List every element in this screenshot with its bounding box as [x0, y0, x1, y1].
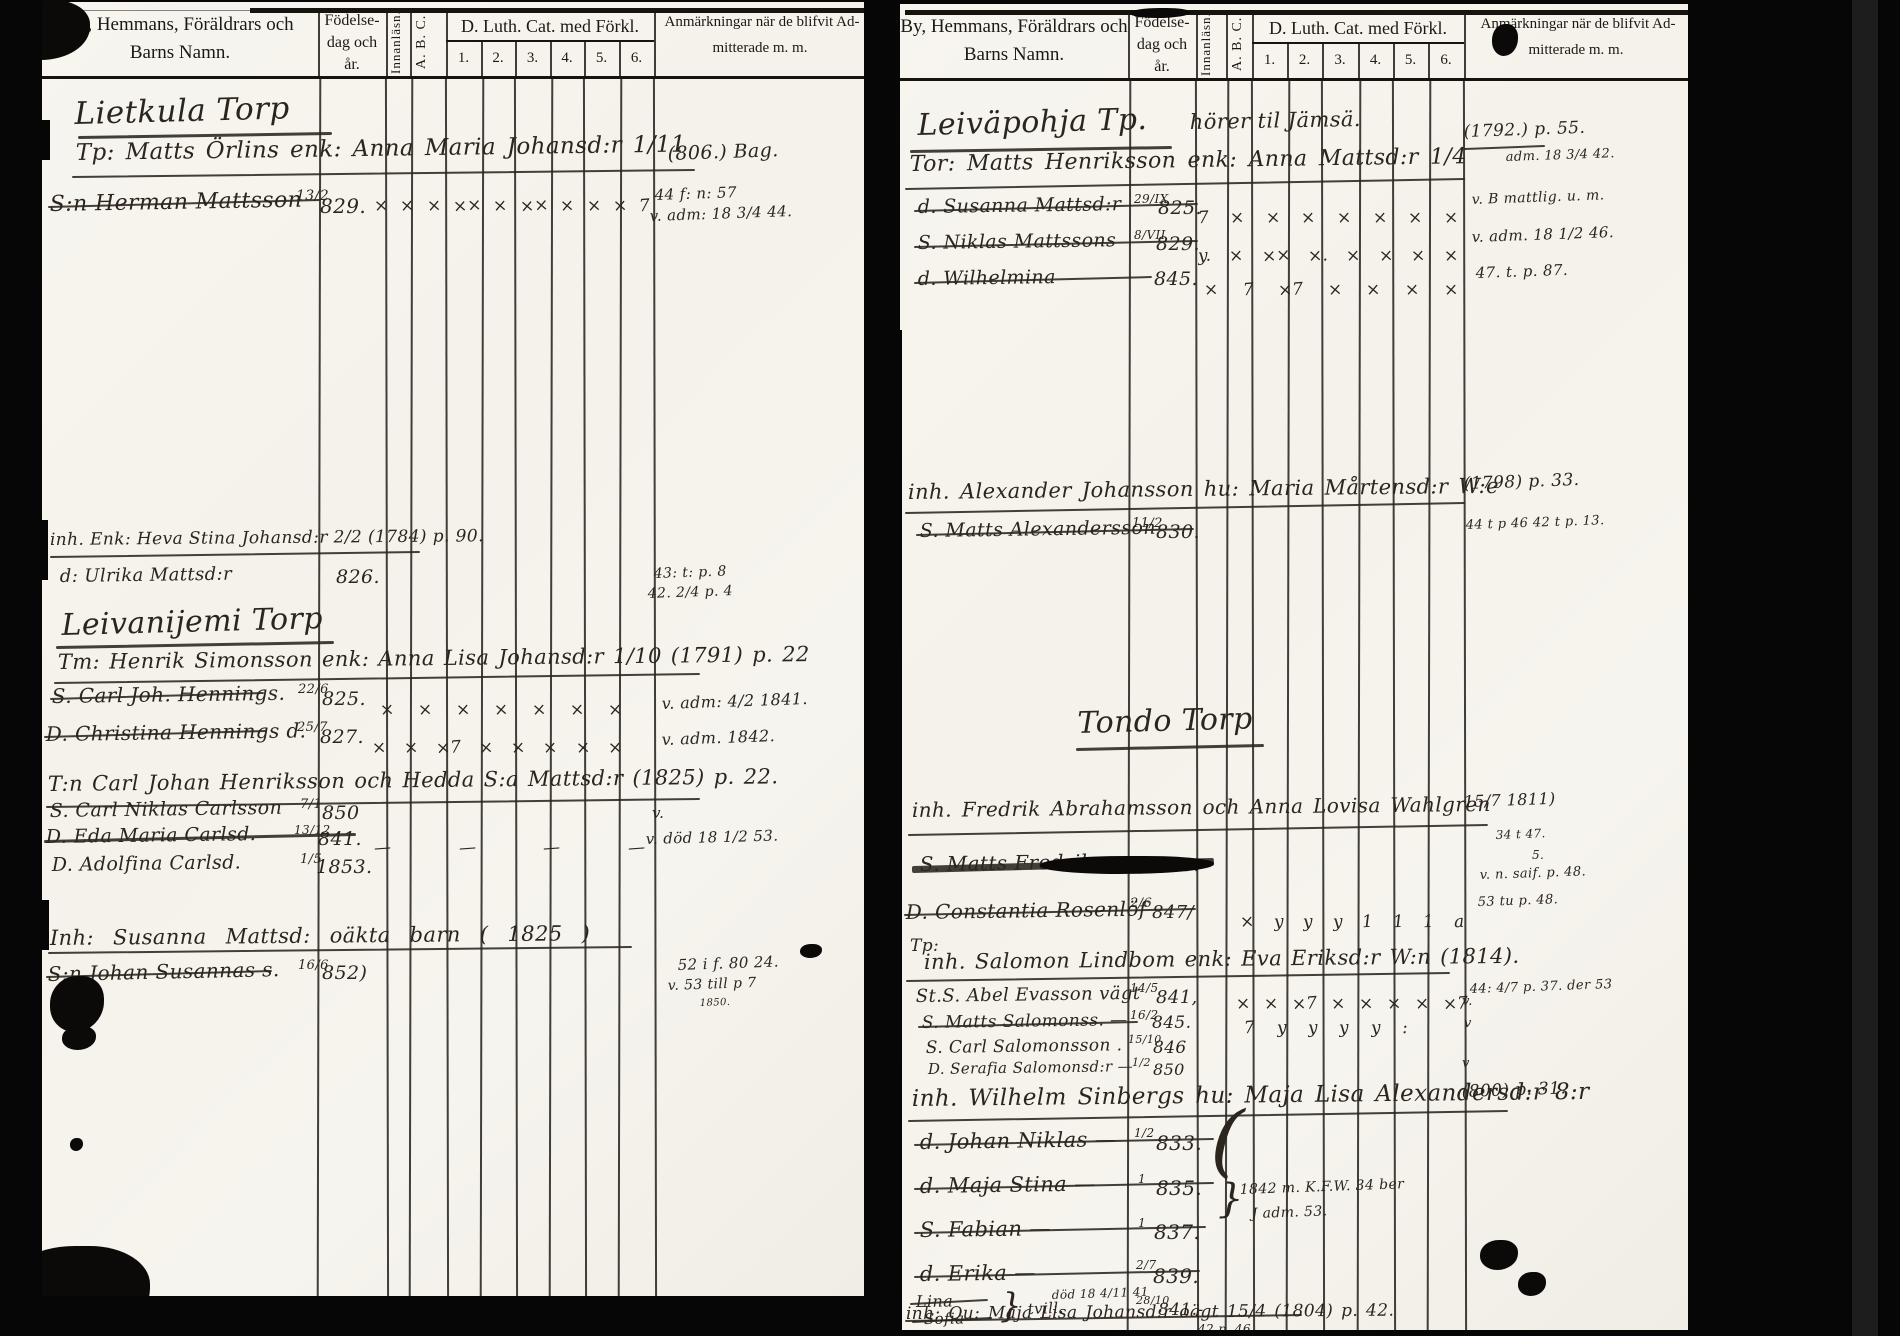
x-mark: : — [1402, 1018, 1409, 1038]
header-catechism-number: 2. — [1287, 52, 1322, 69]
x-mark: × — [1378, 246, 1394, 267]
x-mark: 1 — [1361, 912, 1373, 933]
birth-date: 1 — [1138, 1172, 1146, 1186]
header-column-rule — [410, 8, 412, 76]
x-mark: × — [607, 700, 623, 721]
remark: 44 f: n: 57 — [654, 183, 737, 204]
header-catechism-number: 3. — [515, 50, 550, 67]
x-mark: 7 — [638, 196, 650, 217]
section-heading: Tondo Torp — [1077, 701, 1253, 741]
x-mark: × — [403, 738, 419, 759]
x-mark: × — [1327, 280, 1343, 301]
x-mark: × — [1239, 912, 1255, 933]
x-mark: × — [543, 738, 559, 759]
x-mark: — — [543, 837, 561, 858]
x-mark: ×7 — [1291, 993, 1317, 1015]
child-row: d. Erika — — [920, 1260, 1036, 1286]
x-mark: × — [1410, 246, 1426, 267]
header-birth-line2: dag och — [1128, 36, 1196, 54]
birth-year: 825. — [322, 688, 366, 710]
x-mark: × — [1235, 994, 1251, 1015]
x-mark: × — [1203, 280, 1219, 301]
birth-year: 845. — [1152, 1013, 1191, 1033]
birth-date: 14/5 — [1130, 981, 1159, 995]
lodger-row: inh. Enk: Heva Stina Johansd:r 2/2 (1784… — [50, 526, 484, 550]
birth-date: 1/2 — [1132, 1056, 1151, 1069]
birth-year: 825. — [1158, 197, 1202, 219]
remark: 43: t: p. 8 — [653, 563, 726, 582]
film-border-bottom-right — [900, 1330, 1688, 1336]
x-mark: ×× — [519, 195, 549, 217]
section-heading: Leiväpohja Tp. — [917, 102, 1148, 143]
birth-date: 2/6 — [1130, 896, 1152, 911]
x-mark: y — [1307, 1018, 1318, 1039]
x-mark: × — [1443, 208, 1459, 229]
birth-year: 826. — [336, 566, 380, 588]
page-top-border — [905, 10, 1688, 15]
header-catechism-number: 4. — [550, 50, 584, 67]
header-catechism-number: 5. — [584, 50, 619, 67]
remark: v. 53 till p 7 — [667, 975, 756, 994]
header-abc-label: A. B. C. — [414, 10, 442, 74]
x-mark: ×7 — [1277, 279, 1303, 301]
remark: 1850. — [700, 997, 731, 1009]
child-row: S. Matts Alexandersson — [920, 517, 1156, 542]
x-mark: 1 — [1392, 912, 1404, 933]
mark: v — [1464, 1016, 1472, 1031]
child-row: S:n Herman Mattsson — [50, 188, 303, 217]
brace: ( — [1208, 1092, 1246, 1187]
x-mark: × — [531, 700, 547, 721]
x-mark: 7 — [1243, 1018, 1255, 1039]
x-mark: y — [1339, 1018, 1350, 1039]
header-bottom-rule — [42, 76, 866, 79]
x-mark: × — [560, 196, 576, 217]
film-border-left-notch — [42, 120, 50, 160]
x-mark: ×. — [1308, 245, 1329, 266]
x-mark: × — [1372, 208, 1388, 229]
x-mark: × — [1443, 280, 1459, 301]
birth-year: 845. — [1154, 268, 1198, 290]
header-abc-label: A. B. C. — [1230, 12, 1248, 76]
child-row: S. Niklas Mattssons — [918, 229, 1117, 254]
x-mark: × — [379, 700, 395, 721]
film-border-left-notch — [42, 900, 49, 950]
x-mark-row: ×××7×××××7 — [1236, 994, 1468, 1014]
child-row: D. Adolfina Carlsd. — [52, 851, 242, 876]
birth-year: 847/ — [1152, 902, 1194, 923]
remark: (1792.) p. 55. — [1463, 118, 1585, 142]
x-mark: × — [1407, 208, 1423, 229]
header-catechism-label: D. Luth. Cat. med Förkl. — [1252, 18, 1464, 39]
x-mark: — — [458, 837, 476, 858]
x-mark: — — [373, 837, 391, 858]
remark: J adm. 53. — [1251, 1203, 1327, 1222]
x-mark: y. — [1197, 246, 1211, 267]
x-mark-row: y.××××.×××× — [1198, 246, 1458, 266]
x-mark: a — [1453, 912, 1465, 933]
header-birth-line3: år. — [318, 56, 386, 74]
child-row: d. Wilhelmina — [918, 266, 1056, 290]
remark: (1798) p. 33. — [1463, 470, 1579, 494]
film-border-bottom-left — [0, 1296, 872, 1336]
birth-year: 830. — [1156, 521, 1200, 543]
x-mark: × — [479, 738, 495, 759]
remark: 15/7 1811) — [1463, 789, 1556, 811]
x-mark: × — [1263, 994, 1279, 1015]
birth-year: 846 — [1153, 1038, 1187, 1058]
x-mark-row: 7yyyy: — [1244, 1018, 1408, 1038]
birth-date: 1/2 — [1134, 1126, 1155, 1140]
remark: 5. — [1532, 848, 1544, 862]
x-mark: ×7 — [1442, 993, 1468, 1015]
x-mark: 7 — [1197, 208, 1209, 229]
header-catechism-number: 1. — [446, 50, 481, 67]
child-row: St.S. Abel Evasson vägt — [916, 983, 1141, 1007]
birth-year: 827. — [320, 726, 364, 748]
x-mark: × — [1228, 246, 1244, 267]
section-heading: Leivanijemi Torp — [61, 601, 323, 643]
x-mark-row: ———— — [374, 838, 645, 858]
x-mark: y — [1303, 912, 1314, 933]
x-mark-row: 7××××××× — [1198, 208, 1458, 228]
x-mark: y — [1370, 1018, 1381, 1039]
x-mark-row: ×7×7×××× — [1204, 280, 1458, 300]
remark: v. adm. 1842. — [661, 726, 775, 749]
x-mark: × — [1301, 208, 1317, 229]
x-mark-row: ×yyy111a — [1240, 912, 1464, 932]
header-remarks-line2: mitterade m. m. — [654, 40, 866, 57]
birth-year: 850 — [1153, 1060, 1185, 1079]
x-mark: × — [586, 196, 602, 217]
x-mark: — — [627, 837, 645, 858]
birth-year: 837. — [1154, 1220, 1200, 1244]
child-row: d. Maja Stina — — [920, 1172, 1096, 1198]
x-mark: × — [371, 738, 387, 759]
x-mark: × — [511, 738, 527, 759]
child-row: S. Matts Salomonss. — — [922, 1010, 1128, 1033]
mark: v — [1462, 1056, 1470, 1071]
birth-year: 835. — [1156, 1176, 1202, 1200]
remark: 52 i f. 80 24. — [677, 952, 779, 974]
x-mark: × — [1414, 994, 1430, 1015]
page-gutter — [864, 0, 894, 1336]
child-row: S. Carl Joh. Hennings. — [52, 681, 286, 708]
x-mark: × — [455, 700, 471, 721]
birth-year: 1853. — [316, 856, 372, 878]
child-row: D. Christina Hennings d. — [46, 718, 307, 746]
header-remarks-line1: Anmärkningar när de blifvit Ad- — [656, 14, 868, 31]
marginal-note: hörer til Jämsä. — [1190, 107, 1362, 134]
child-row: S. Carl Niklas Carlsson — [50, 797, 283, 822]
x-mark: × — [1358, 994, 1374, 1015]
x-mark: × — [493, 700, 509, 721]
birth-date: 7/1 — [300, 797, 322, 812]
header-catechism-number: 6. — [619, 50, 654, 67]
x-mark: × — [1330, 994, 1346, 1015]
header-name-line2: Barns Namn. — [900, 44, 1128, 66]
x-mark: × — [1336, 208, 1352, 229]
x-mark: × — [426, 196, 442, 217]
remark: 42. 2/4 p. 4 — [647, 583, 733, 602]
film-border-left — [0, 0, 42, 1336]
remark: v. — [652, 804, 664, 822]
scanned-register-spread: By, Hemmans, Föräldrars ochBarns Namn.Fö… — [0, 0, 1900, 1336]
child-row: D. Serafia Salomonsd:r — — [928, 1057, 1133, 1078]
remark: (806.) Bag. — [667, 139, 779, 165]
child-row: S. Fabian — — [920, 1216, 1051, 1242]
header-catechism-number: 4. — [1358, 52, 1393, 69]
lodger-row: Inh: Susanna Mattsd: oäkta barn ( 1825 ) — [50, 921, 591, 950]
x-mark: y — [1276, 1018, 1287, 1039]
birth-year: 833. — [1156, 1131, 1202, 1155]
x-mark: ×× — [452, 195, 482, 217]
section-heading: Lietkula Torp — [74, 90, 290, 132]
child-row: d: Ulrika Mattsd:r — [60, 564, 232, 587]
birth-year: 829. — [320, 194, 366, 218]
x-mark-row: ×××××××××××7 — [374, 196, 650, 216]
x-mark: × — [1229, 208, 1245, 229]
birth-year: 841. — [318, 828, 362, 850]
x-mark-row: ×××7××××× — [372, 738, 622, 758]
child-row: D. Constantia Rosenlöf — [906, 897, 1147, 924]
lodger-row: inh: Qu: Maja Lisa Johansd:r oägt 15/4 (… — [906, 1301, 1394, 1324]
x-mark: ×× — [1261, 245, 1291, 267]
header-reading-label: Innanläsn. — [388, 10, 408, 74]
remark: 34 t 47. — [1496, 826, 1546, 842]
x-mark: × — [493, 196, 509, 217]
child-row: S. Carl Salomonsson . — [926, 1035, 1123, 1058]
x-mark: × — [417, 700, 433, 721]
x-mark: y — [1332, 912, 1343, 933]
header-birth-line1: Födelse- — [318, 12, 386, 30]
remark: v. död 18 1/2 53. — [646, 827, 779, 848]
birth-year: 839. — [1153, 1264, 1199, 1288]
child-row: D. Eda Maria Carlsd. — [46, 823, 257, 848]
film-border-left-notch — [42, 520, 48, 580]
birth-year: 841, — [1156, 987, 1198, 1008]
header-catechism-number: 1. — [1252, 52, 1287, 69]
header-catechism-number: 3. — [1322, 52, 1358, 69]
page-gutter-edge-line — [896, 330, 902, 1336]
x-mark: ×7 — [436, 737, 462, 759]
x-mark: × — [1443, 246, 1459, 267]
x-mark: × — [373, 196, 389, 217]
x-mark: × — [575, 738, 591, 759]
x-mark: × — [1366, 280, 1382, 301]
x-mark: × — [400, 196, 416, 217]
header-catechism-label: D. Luth. Cat. med Förkl. — [446, 16, 654, 37]
header-catechism-number: 5. — [1393, 52, 1428, 69]
x-mark-row: ××××××× — [380, 700, 622, 720]
child-row: d. Susanna Mattsd:r — [918, 193, 1122, 218]
header-catechism-number: 2. — [481, 50, 515, 67]
birth-year: 852) — [322, 962, 367, 984]
film-border-right-strip — [1852, 0, 1878, 1336]
header-catechism-number: 6. — [1428, 52, 1464, 69]
x-mark: × — [1345, 246, 1361, 267]
header-bottom-rule — [900, 78, 1688, 81]
x-mark: y — [1273, 912, 1284, 933]
header-birth-line2: dag och — [318, 34, 386, 52]
x-mark: × — [1265, 208, 1281, 229]
header-birth-line3: år. — [1128, 58, 1196, 76]
header-reading-label: Innanläsn. — [1198, 12, 1224, 76]
x-mark: 7 — [1242, 280, 1254, 301]
header-column-rule — [1226, 10, 1228, 78]
x-mark: × — [1386, 994, 1402, 1015]
child-row: d. Johan Niklas — — [920, 1127, 1117, 1154]
x-mark: × — [607, 738, 623, 759]
birth-date: 1 — [1138, 1216, 1146, 1230]
header-name-line2: Barns Namn. — [42, 42, 318, 64]
birth-year: 829. — [1156, 233, 1200, 255]
remark: 53 tu p. 48. — [1477, 892, 1558, 910]
x-mark: × — [569, 700, 585, 721]
header-name-line1: By, Hemmans, Föräldrars och — [900, 16, 1128, 38]
remark: (800) p. 31. — [1461, 1078, 1566, 1102]
birth-year: 850 — [322, 802, 359, 824]
x-mark: × — [612, 196, 628, 217]
remark: 47. t. p. 87. — [1475, 261, 1568, 282]
x-mark: × — [1404, 280, 1420, 301]
x-mark: 1 — [1423, 912, 1435, 933]
